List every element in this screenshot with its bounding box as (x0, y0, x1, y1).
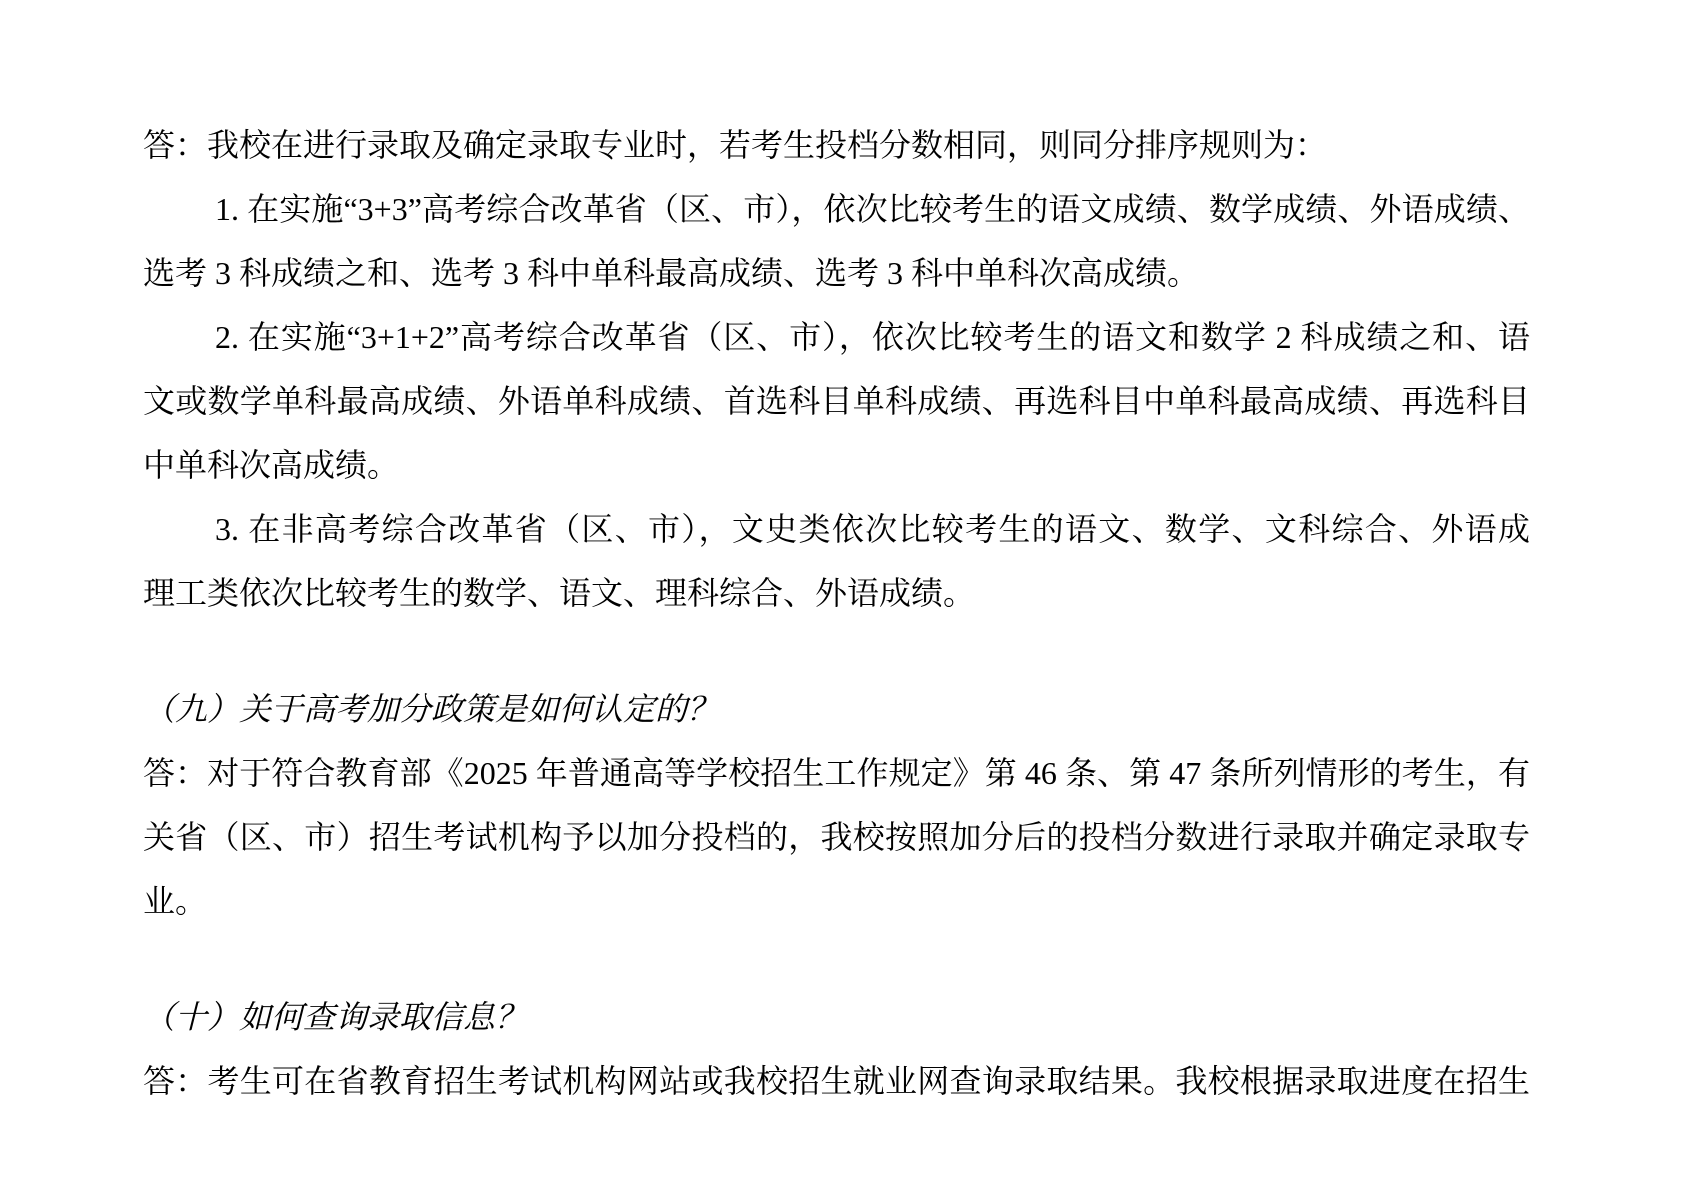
text-line: 答：考生可在省教育招生考试机构网站或我校招生就业网查询录取结果。我校根据录取进度… (143, 1049, 1530, 1113)
blank-line (143, 625, 1530, 677)
question-heading: （九）关于高考加分政策是如何认定的？ (143, 677, 1530, 741)
question-heading: （十）如何查询录取信息？ (143, 985, 1530, 1049)
text-line: 中单科次高成绩。 (143, 433, 1530, 497)
text-line: 业。 (143, 869, 1530, 933)
text-line: 答：对于符合教育部《2025 年普通高等学校招生工作规定》第 46 条、第 47… (143, 741, 1530, 805)
document-content: 答：我校在进行录取及确定录取专业时，若考生投档分数相同，则同分排序规则为：1. … (143, 113, 1530, 1113)
text-line: 答：我校在进行录取及确定录取专业时，若考生投档分数相同，则同分排序规则为： (143, 113, 1530, 177)
text-line: 文或数学单科最高成绩、外语单科成绩、首选科目单科成绩、再选科目中单科最高成绩、再… (143, 369, 1530, 433)
text-line: 1. 在实施“3+3”高考综合改革省（区、市），依次比较考生的语文成绩、数学成绩… (143, 177, 1530, 241)
text-line: 理工类依次比较考生的数学、语文、理科综合、外语成绩。 (143, 561, 1530, 625)
document-page: 答：我校在进行录取及确定录取专业时，若考生投档分数相同，则同分排序规则为：1. … (0, 0, 1684, 1191)
blank-line (143, 933, 1530, 985)
text-line: 选考 3 科成绩之和、选考 3 科中单科最高成绩、选考 3 科中单科次高成绩。 (143, 241, 1530, 305)
text-line: 关省（区、市）招生考试机构予以加分投档的，我校按照加分后的投档分数进行录取并确定… (143, 805, 1530, 869)
text-line: 2. 在实施“3+1+2”高考综合改革省（区、市），依次比较考生的语文和数学 2… (143, 305, 1530, 369)
text-line: 3. 在非高考综合改革省（区、市），文史类依次比较考生的语文、数学、文科综合、外… (143, 497, 1530, 561)
